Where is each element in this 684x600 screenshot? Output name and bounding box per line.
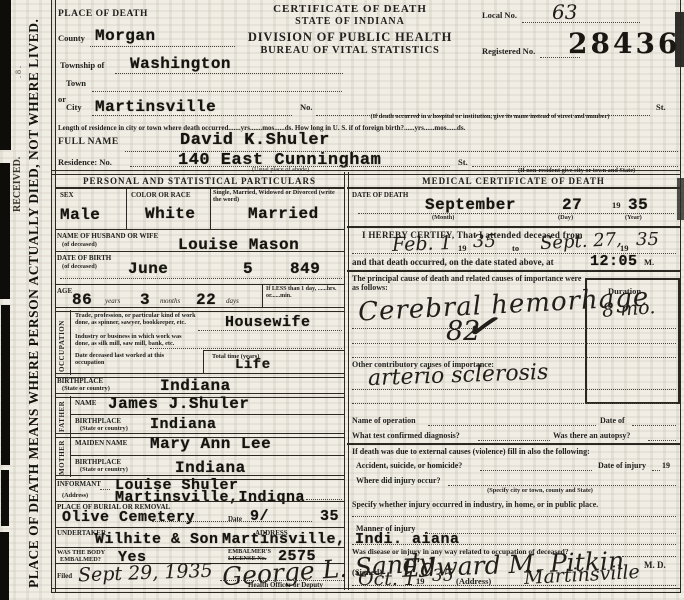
rule xyxy=(55,501,344,502)
rule xyxy=(130,165,450,167)
date-of-label: Date of xyxy=(600,416,625,425)
mother-name-label: MAIDEN NAME xyxy=(75,439,127,447)
rule xyxy=(352,402,676,404)
nonresident-note: (If non-resident give city or town and S… xyxy=(518,167,635,174)
division-title: DIVISION OF PUBLIC HEALTH xyxy=(170,30,530,45)
residence-length-line: Length of residence in city or town wher… xyxy=(58,124,678,132)
rule xyxy=(92,90,342,92)
specify-label: Specify whether injury occurred in indus… xyxy=(352,500,598,509)
dod-label: DATE OF DEATH xyxy=(352,191,408,199)
rule xyxy=(648,439,676,441)
father-name-value: James J.Shuler xyxy=(108,395,249,413)
occupation-rail-label: OCCUPATION xyxy=(58,320,66,372)
test-label: What test confirmed diagnosis? xyxy=(352,431,460,440)
signed-year-value: 35 xyxy=(432,566,454,586)
local-no-label: Local No. xyxy=(482,10,517,20)
rule xyxy=(622,555,676,557)
father-birthplace-sublabel: (State or country) xyxy=(80,425,128,432)
rule xyxy=(347,270,680,272)
street-label: St. xyxy=(656,102,666,112)
rule xyxy=(70,310,71,375)
informant-address-label: (Address) xyxy=(62,492,88,499)
rule xyxy=(448,484,676,486)
rule xyxy=(680,0,681,592)
registered-no-value: 28436 xyxy=(568,27,680,60)
street-no-label: No. xyxy=(300,102,313,112)
accident-label: Accident, suicide, or homicide? xyxy=(356,461,462,470)
marital-label: Single, Married, Widowed or Divorced (wr… xyxy=(213,189,341,204)
street-label-2: St. xyxy=(458,157,468,167)
rule xyxy=(478,439,550,441)
rule xyxy=(198,329,342,331)
md-label: M. D. xyxy=(644,560,666,571)
corner-marks: . 8 . xyxy=(14,66,23,78)
rule xyxy=(115,72,343,74)
dod-day-sublabel: (Day) xyxy=(558,214,573,221)
rule xyxy=(55,527,344,528)
birthplace-label: BIRTHPLACE xyxy=(57,377,103,385)
medical-section-title: MEDICAL CERTIFICATE OF DEATH xyxy=(347,176,680,187)
undertaker-address-value: Martinsville, Indi. aiana xyxy=(222,531,460,548)
county-label: County xyxy=(58,33,85,43)
injury-19-label: 19 xyxy=(662,461,670,470)
total-time-value: Life xyxy=(235,357,271,373)
binding-bar xyxy=(0,532,9,600)
race-label: COLOR OR RACE xyxy=(131,191,191,199)
margin-vertical-note: PLACE OF DEATH MEANS WHERE PERSON ACTUAL… xyxy=(26,19,42,588)
mother-birthplace-label: BIRTHPLACE xyxy=(75,458,121,466)
rule xyxy=(55,229,344,230)
burial-place-value: Olive Cemetery xyxy=(62,509,195,526)
received-stamp: RECEIVED. xyxy=(12,157,24,212)
rule xyxy=(70,455,344,456)
trade-label: Trade, profession, or particular kind of… xyxy=(75,312,197,327)
rule xyxy=(352,327,676,329)
rule xyxy=(522,21,640,23)
binding-bar xyxy=(1,470,9,526)
rule xyxy=(352,342,676,344)
rule xyxy=(55,251,344,252)
rule xyxy=(652,469,660,471)
birthplace-sublabel: (State or country) xyxy=(62,385,110,392)
where-injury-label: Where did injury occur? xyxy=(356,476,441,485)
rule xyxy=(352,515,676,517)
town-label: Town xyxy=(66,78,86,88)
rule xyxy=(70,436,71,477)
specify-note: (Specify city or town, county and State) xyxy=(420,487,660,494)
registered-no-label: Registered No. xyxy=(482,46,535,56)
filed-date-value: Sept 29, 1935 xyxy=(78,560,213,587)
mother-birthplace-sublabel: (State or country) xyxy=(80,466,128,473)
injury-date-label: Date of injury xyxy=(598,461,646,470)
father-birthplace-value: Indiana xyxy=(150,416,217,433)
death-occurred-line: and that death occurred, on the date sta… xyxy=(352,257,554,268)
city-label: City xyxy=(66,102,82,112)
rule xyxy=(100,488,110,490)
sex-label: SEX xyxy=(60,191,74,199)
or-label: or xyxy=(58,94,66,104)
rule xyxy=(352,356,676,358)
attended-from-year: 35 xyxy=(473,231,496,252)
dob-sublabel: (of deceased) xyxy=(62,263,97,270)
rule xyxy=(306,498,342,500)
contributory-value: arterio sclerosis xyxy=(368,360,549,391)
death-time-value: 12:05 xyxy=(590,253,638,270)
rule xyxy=(344,172,349,590)
years-label: years xyxy=(105,297,120,305)
father-name-label: NAME xyxy=(75,399,96,407)
dob-label: DATE OF BIRTH xyxy=(57,254,111,262)
health-officer-label: Health Officer or Deputy xyxy=(248,581,323,589)
full-name-value: David K.Shuler xyxy=(180,131,330,150)
filed-label: Filed xyxy=(57,572,72,580)
less-than-note: If LESS than 1 day, ......hrs. or......m… xyxy=(266,286,342,300)
informant-label: INFORMANT xyxy=(57,480,101,488)
autopsy-label: Was there an autopsy? xyxy=(553,431,630,440)
dod-month-sublabel: (Month) xyxy=(432,214,454,221)
attended-to-value: Sept. 27, xyxy=(540,229,623,254)
death-certificate-document: PLACE OF DEATH MEANS WHERE PERSON ACTUAL… xyxy=(0,0,684,600)
rule xyxy=(203,350,204,374)
months-label: months xyxy=(160,297,180,305)
residence-label: Residence: No. xyxy=(58,157,112,167)
dod-year-sublabel: (Year) xyxy=(625,214,642,221)
rule xyxy=(347,187,680,189)
rule xyxy=(55,284,344,285)
operation-label: Name of operation xyxy=(352,416,416,425)
dob-year-value: 849 xyxy=(290,260,320,278)
place-of-death-label: PLACE OF DEATH xyxy=(58,9,148,20)
signed-date-value: Oct. 1 xyxy=(358,568,416,590)
rule xyxy=(90,45,235,47)
rule xyxy=(425,532,676,534)
township-value: Washington xyxy=(130,55,231,73)
last-worked-label: Date deceased last worked at this occupa… xyxy=(75,352,185,367)
rule xyxy=(203,350,344,351)
rule xyxy=(428,424,596,426)
personal-section-title: PERSONAL AND STATISTICAL PARTICULARS xyxy=(55,176,344,187)
spouse-label: NAME OF HUSBAND OR WIFE xyxy=(57,232,158,240)
spouse-sublabel: (of deceased) xyxy=(62,241,97,248)
dob-day-value: 5 xyxy=(243,260,253,278)
undertaker-value: Wilhite & Son xyxy=(95,531,219,548)
external-label: If death was due to external causes (vio… xyxy=(352,447,590,456)
full-name-label: FULL NAME xyxy=(58,137,119,148)
rule xyxy=(70,414,344,415)
mother-name-value: Mary Ann Lee xyxy=(150,435,271,453)
sex-value: Male xyxy=(60,206,100,224)
abode-note: (Usual place of abode) xyxy=(252,166,309,173)
cert-title: CERTIFICATE OF DEATH xyxy=(170,3,530,16)
rule xyxy=(632,424,676,426)
mother-rail-label: MOTHER xyxy=(58,440,66,475)
days-label: days xyxy=(226,297,239,305)
rule xyxy=(347,443,680,445)
rule xyxy=(352,584,676,586)
rule xyxy=(126,187,127,229)
industry-label: Industry or business in which work was d… xyxy=(75,333,197,348)
binding-bar xyxy=(1,305,10,465)
binding-bar xyxy=(0,0,11,150)
father-rail-label: FATHER xyxy=(58,401,66,432)
age-label: AGE xyxy=(57,287,72,295)
marital-value: Married xyxy=(248,205,319,223)
rule xyxy=(150,347,342,349)
binding-bar xyxy=(0,163,10,299)
rule xyxy=(152,520,312,522)
death-time-suffix: M. xyxy=(644,257,654,267)
local-no-value: 63 xyxy=(552,0,577,24)
rule xyxy=(92,114,292,116)
dod-year-prefix: 19 xyxy=(612,200,621,210)
dob-month-value: June xyxy=(128,260,168,278)
rule xyxy=(347,226,680,228)
rule xyxy=(352,388,676,390)
county-value: Morgan xyxy=(95,27,156,45)
state-title: STATE OF INDIANA xyxy=(170,16,530,28)
hospital-note: (If death occurred in a hospital or inst… xyxy=(310,113,670,120)
rule xyxy=(51,0,56,592)
rule xyxy=(262,284,263,308)
father-birthplace-label: BIRTHPLACE xyxy=(75,417,121,425)
rule xyxy=(210,187,211,229)
attended-to-year: 35 xyxy=(636,229,659,250)
rule xyxy=(60,277,342,279)
township-label: Township of xyxy=(60,60,104,70)
burial-year-value: 35 xyxy=(320,508,339,525)
race-value: White xyxy=(145,205,196,223)
burial-date-value: 9/ xyxy=(250,508,269,525)
rule xyxy=(480,469,592,471)
